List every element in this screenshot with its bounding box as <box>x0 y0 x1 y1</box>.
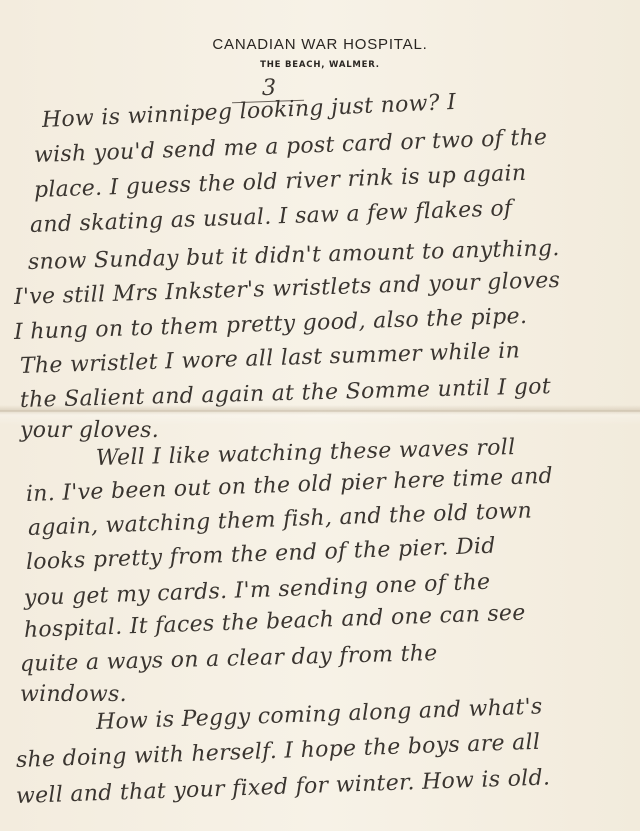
handwritten-line: well and that your fixed for winter. How… <box>16 765 551 809</box>
handwritten-line: How is winnipeg looking just now? I <box>41 90 456 133</box>
handwritten-line: your gloves. <box>20 418 159 443</box>
handwritten-line: looks pretty from the end of the pier. D… <box>26 534 496 575</box>
letterhead-subtitle: THE BEACH, WALMER. <box>0 60 640 70</box>
handwritten-line: I hung on to them pretty good, also the … <box>14 304 528 345</box>
handwritten-line: How is Peggy coming along and what's <box>96 694 543 735</box>
handwritten-line: quite a ways on a clear day from the <box>20 641 438 677</box>
handwritten-line: I've still Mrs Inkster's wristlets and y… <box>14 268 561 310</box>
handwritten-line: the Salient and again at the Somme until… <box>20 374 552 413</box>
handwritten-line: The wristlet I wore all last summer whil… <box>20 338 521 379</box>
handwritten-line: she doing with herself. I hope the boys … <box>16 730 541 773</box>
handwritten-line: windows. <box>20 682 127 707</box>
handwritten-line: and skating as usual. I saw a few flakes… <box>30 196 513 238</box>
letterhead-title: CANADIAN WAR HOSPITAL. <box>0 36 640 53</box>
letter-page: CANADIAN WAR HOSPITAL. THE BEACH, WALMER… <box>0 0 640 831</box>
handwritten-line: snow Sunday but it didn't amount to anyt… <box>28 236 560 275</box>
handwritten-line: place. I guess the old river rink is up … <box>34 161 527 203</box>
handwritten-line: wish you'd send me a post card or two of… <box>34 125 548 168</box>
